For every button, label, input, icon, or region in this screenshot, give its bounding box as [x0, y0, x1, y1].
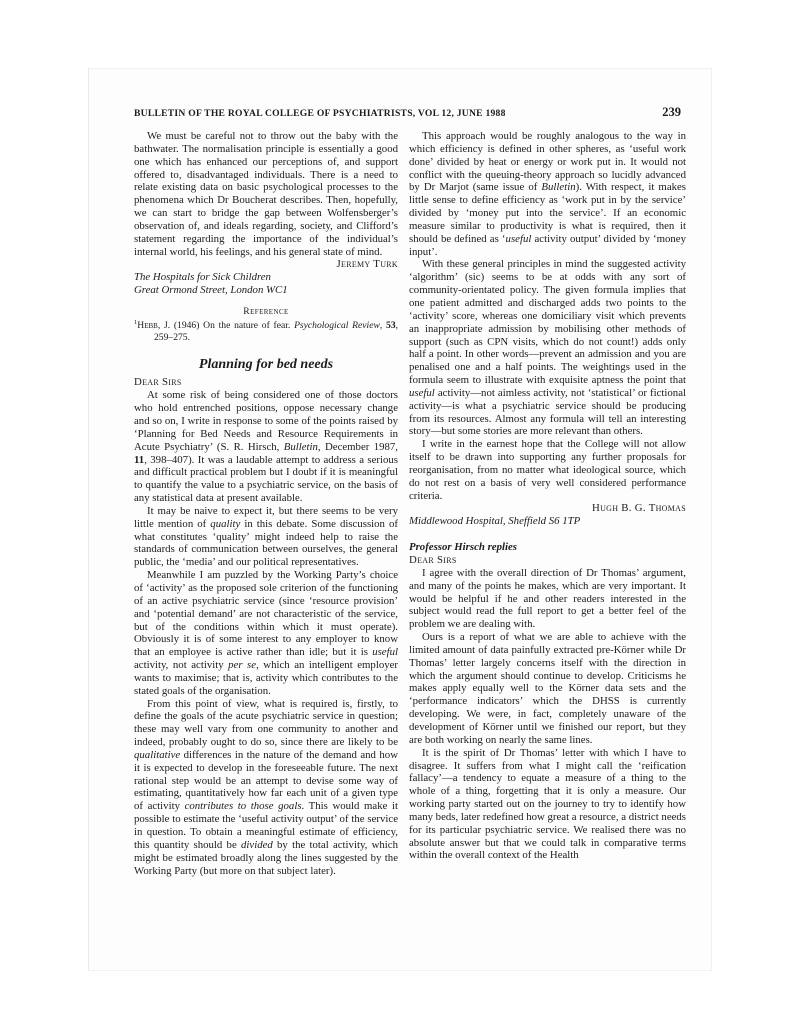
address-line: The Hospitals for Sick Children	[134, 271, 398, 284]
body-paragraph: This approach would be roughly analogous…	[409, 130, 686, 258]
signature-hugh-thomas: Hugh B. G. Thomas	[409, 502, 686, 515]
scan-background: BULLETIN OF THE ROYAL COLLEGE OF PSYCHIA…	[0, 0, 800, 1036]
body-paragraph: I write in the earnest hope that the Col…	[409, 438, 686, 502]
body-paragraph: I agree with the overall direction of Dr…	[409, 567, 686, 631]
letter-title: Planning for bed needs	[134, 359, 398, 372]
left-column: We must be careful not to throw out the …	[134, 130, 398, 877]
body-paragraph: From this point of view, what is require…	[134, 698, 398, 878]
body-paragraph: Ours is a report of what we are able to …	[409, 631, 686, 747]
body-paragraph: At some risk of being considered one of …	[134, 389, 398, 505]
journal-page: BULLETIN OF THE ROYAL COLLEGE OF PSYCHIA…	[88, 68, 712, 971]
body-paragraph: It may be naive to expect it, but there …	[134, 505, 398, 569]
right-column: This approach would be roughly analogous…	[409, 130, 686, 877]
body-paragraph: We must be careful not to throw out the …	[134, 130, 398, 258]
body-paragraph: Meanwhile I am puzzled by the Working Pa…	[134, 569, 398, 697]
reference-heading: Reference	[134, 306, 398, 319]
body-paragraph: It is the spirit of Dr Thomas’ letter wi…	[409, 747, 686, 863]
text-columns: We must be careful not to throw out the …	[134, 130, 686, 877]
address-line: Great Ormond Street, London WC1	[134, 284, 398, 297]
address-line: Middlewood Hospital, Sheffield S6 1TP	[409, 515, 686, 528]
page-number: 239	[662, 105, 681, 120]
body-paragraph: With these general principles in mind th…	[409, 258, 686, 438]
salutation: Dear Sirs	[409, 554, 686, 567]
journal-title: BULLETIN OF THE ROYAL COLLEGE OF PSYCHIA…	[134, 108, 506, 119]
signature-jeremy-turk: Jeremy Turk	[134, 258, 398, 271]
salutation: Dear Sirs	[134, 376, 398, 389]
reply-heading: Professor Hirsch replies	[409, 541, 686, 554]
journal-header: BULLETIN OF THE ROYAL COLLEGE OF PSYCHIA…	[134, 105, 681, 120]
reference-entry: 1Hebb, J. (1946) On the nature of fear. …	[134, 320, 398, 344]
